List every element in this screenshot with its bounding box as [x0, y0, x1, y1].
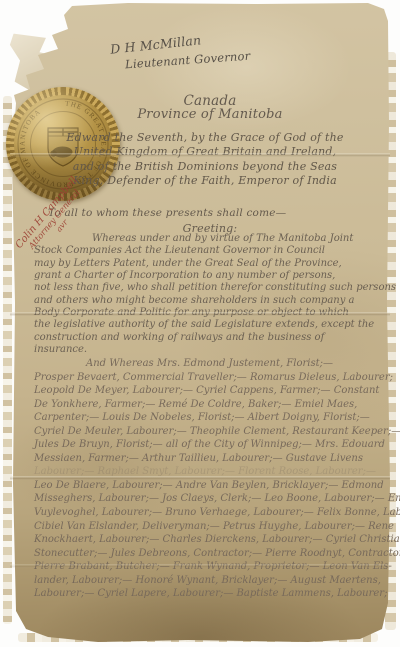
- manuscript-line: Cibiel Van Elslander, Deliveryman;— Petr…: [34, 520, 370, 534]
- manuscript-line: lander, Labourer;— Honoré Wynant, Brickl…: [34, 574, 370, 588]
- manuscript-line: and others who might become shareholders…: [34, 295, 370, 307]
- manuscript-line: Body Corporate and Politic for any purpo…: [34, 307, 370, 319]
- heading-province: Province of Manitoba: [70, 107, 350, 122]
- royal-style-line: United Kingdom of Great Britain and Irel…: [55, 145, 355, 159]
- manuscript-line: Prosper Bevaert, Commercial Traveller;— …: [34, 371, 370, 385]
- manuscript-line: Leo De Blaere, Labourer;— Andre Van Beyl…: [34, 479, 370, 493]
- royal-style-line: Edward the Seventh, by the Grace of God …: [55, 131, 355, 145]
- manuscript-line: Carpenter;— Louis De Nobeles, Florist;— …: [34, 411, 370, 425]
- manuscript-line: Messiaen, Farmer;— Arthur Taillieu, Labo…: [34, 452, 370, 466]
- manuscript-line-faded: Labourer;— Raphael Smyt, Labourer;— Flor…: [34, 465, 370, 479]
- manuscript-line: the legislative authority of the said Le…: [34, 319, 370, 331]
- manuscript-line: Misseghers, Labourer;— Jos Claeys, Clerk…: [34, 492, 370, 506]
- manuscript-line: grant a Charter of Incorporation to any …: [34, 270, 370, 282]
- recitals-paragraph: Whereas under and by virtue of The Manit…: [34, 233, 370, 356]
- royal-style-line: and of the British Dominions beyond the …: [55, 160, 355, 174]
- manuscript-line: Leopold De Meyer, Labourer;— Cyriel Capp…: [34, 384, 370, 398]
- manuscript-line: may by Letters Patent, under the Great S…: [34, 258, 370, 270]
- manuscript-line: not less than five, who shall petition t…: [34, 282, 370, 294]
- manuscript-line: Stonecutter;— Jules Debreons, Contractor…: [34, 547, 370, 561]
- manuscript-line: De Yonkhere, Farmer;— Remé De Coldre, Ba…: [34, 398, 370, 412]
- manuscript-line: Labourer;— Cyriel Lapere, Labourer;— Bap…: [34, 587, 370, 601]
- manuscript-line: And Whereas Mrs. Edmond Justement, Flori…: [34, 357, 370, 371]
- royal-style-block: Edward the Seventh, by the Grace of God …: [55, 131, 355, 188]
- salutation-line: To all to whom these presents shall come…: [48, 207, 286, 219]
- manuscript-line: construction and working of railways and…: [34, 332, 370, 344]
- manuscript-line: Vuylevoghel, Labourer;— Bruno Verhaege, …: [34, 506, 370, 520]
- manuscript-line: Stock Companies Act the Lieutenant Gover…: [34, 245, 370, 257]
- manuscript-line: Pierre Brabant, Butcher;— Frank Wynand, …: [34, 560, 370, 574]
- document-photo: THE GREAT SEAL OF THE PROVINCE OF MANITO…: [0, 0, 400, 647]
- manuscript-line: Knockhaert, Labourer;— Charles Dierckens…: [34, 533, 370, 547]
- manuscript-line: Jules De Bruyn, Florist;— all of the Cit…: [34, 438, 370, 452]
- manuscript-line: insurance.: [34, 344, 370, 356]
- petitioners-list: And Whereas Mrs. Edmond Justement, Flori…: [34, 357, 370, 601]
- manuscript-line: Cyriel De Meuler, Labourer;— Theophile C…: [34, 425, 370, 439]
- manuscript-line: Whereas under and by virtue of The Manit…: [34, 233, 370, 245]
